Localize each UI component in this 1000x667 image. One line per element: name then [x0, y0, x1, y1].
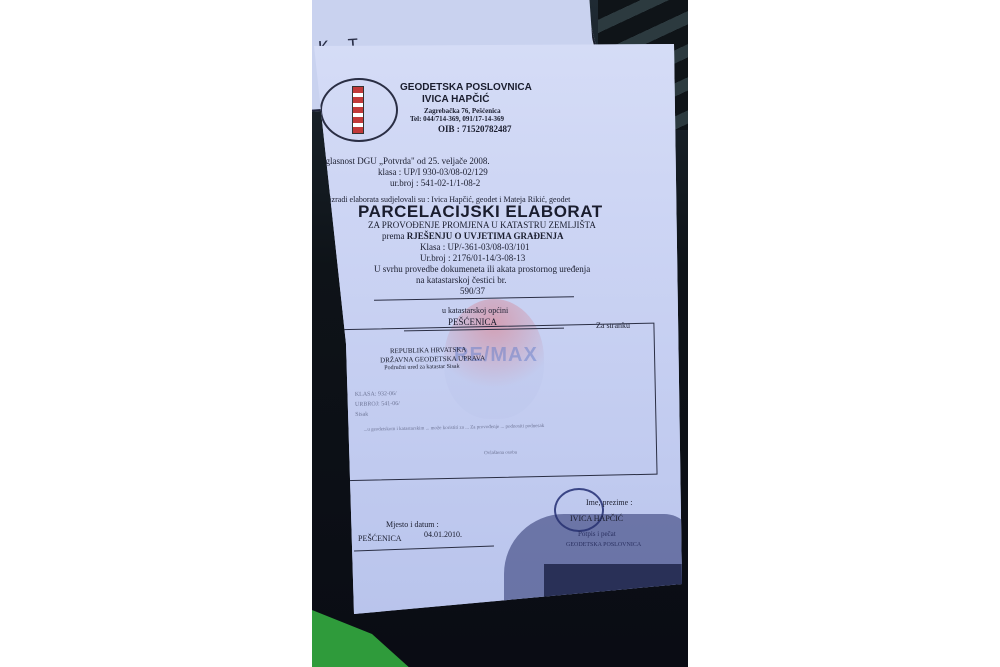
- basis-line: prema RJEŠENJU O UVJETIMA GRAĐENJA: [382, 231, 564, 241]
- signer-label: Ime, prezime :: [586, 498, 632, 507]
- approval-urbroj: ur.broj : 541-02-1/1-08-2: [390, 178, 480, 188]
- company-phone: Tel: 044/714-369, 091/17-14-369: [410, 115, 504, 123]
- signature-label: Potpis i pečat: [578, 530, 616, 538]
- company-address: Zagrebačka 76, Pešćenica: [424, 107, 501, 115]
- basis-urbroj: Ur.broj : 2176/01-14/3-08-13: [420, 253, 525, 263]
- parcel-number: 590/37: [460, 286, 485, 296]
- municipality-label: u katastarskoj općini: [442, 306, 508, 315]
- basis-klasa: Klasa : UP/-361-03/08-03/101: [420, 242, 530, 252]
- document-photo: K T GEODETSKA POSLOVNICA IVICA HAPČIĆ Za…: [312, 0, 688, 667]
- cadastre-stamp-box: REPUBLIKA HRVATSKA DRŽAVNA GEODETSKA UPR…: [330, 323, 657, 482]
- place: PEŠĆENICA: [358, 534, 402, 543]
- box-place: Sisak: [355, 412, 368, 418]
- document-subtitle: ZA PROVOĐENJE PROMJENA U KATASTRU ZEMLJI…: [368, 220, 596, 230]
- box-signature-label: Ovlaštena osoba: [484, 451, 517, 457]
- box-line-1: REPUBLIKA HRVATSKA: [390, 346, 467, 356]
- approval-klasa: klasa : UP/I 930-03/08-02/129: [378, 167, 488, 177]
- stamp-company: GEODETSKA POSLOVNICA: [566, 542, 641, 548]
- box-line-2: DRŽAVNA GEODETSKA UPRAVA: [380, 354, 485, 364]
- place-date-label: Mjesto i datum :: [386, 520, 439, 529]
- company-owner: IVICA HAPČIĆ: [422, 94, 489, 105]
- company-logo-icon: [320, 78, 398, 142]
- box-line-3: Područni ured za katastar Sisak: [384, 364, 459, 372]
- box-urbroj: URBROJ: 541-06/: [355, 401, 400, 408]
- purpose-line-2: na katastarskoj čestici br.: [416, 275, 506, 285]
- company-name: GEODETSKA POSLOVNICA: [400, 82, 532, 93]
- box-note: ...u geodetskom i katastarskim ... može …: [364, 424, 545, 433]
- signer-name: IVICA HAPČIĆ: [570, 514, 623, 523]
- approval-line: Suglasnost DGU „Potvrda" od 25. veljače …: [316, 156, 490, 166]
- parcelation-document: GEODETSKA POSLOVNICA IVICA HAPČIĆ Zagreb…: [314, 44, 682, 614]
- purpose-line-1: U svrhu provedbe dokumeneta ili akata pr…: [374, 264, 590, 274]
- document-title: PARCELACIJSKI ELABORAT: [358, 202, 603, 222]
- box-klasa: KLASA: 932-06/: [355, 391, 397, 398]
- company-oib: OIB : 71520782487: [438, 124, 512, 134]
- date: 04.01.2010.: [424, 530, 462, 539]
